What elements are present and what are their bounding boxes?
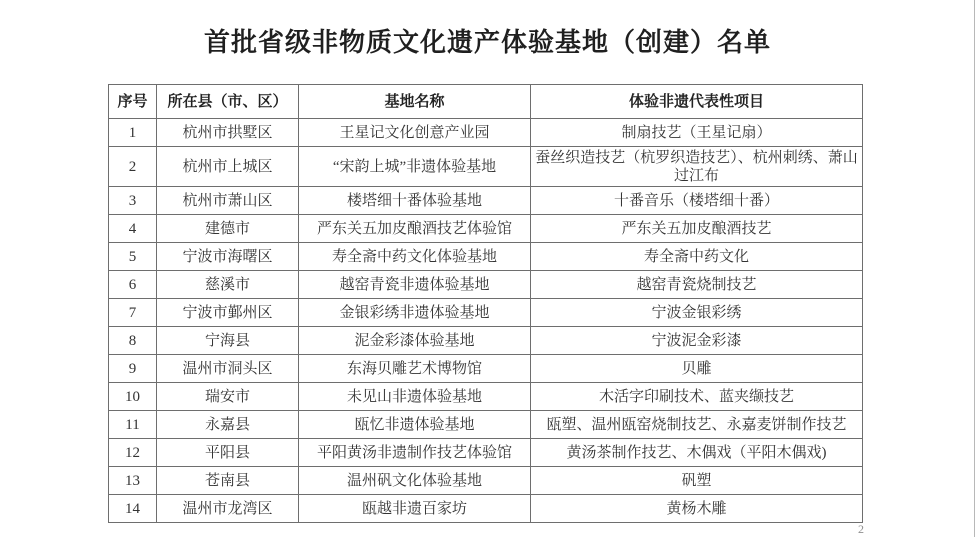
cell-projects: 越窑青瓷烧制技艺	[531, 271, 863, 299]
cell-county: 苍南县	[157, 467, 299, 495]
cell-no: 6	[109, 271, 157, 299]
table-row: 11 永嘉县 瓯忆非遗体验基地 瓯塑、温州瓯窑烧制技艺、永嘉麦饼制作技艺	[109, 411, 863, 439]
cell-county: 瑞安市	[157, 383, 299, 411]
table-row: 14 温州市龙湾区 瓯越非遗百家坊 黄杨木雕	[109, 495, 863, 523]
cell-projects: 严东关五加皮酿酒技艺	[531, 215, 863, 243]
cell-county: 杭州市上城区	[157, 147, 299, 187]
cell-county: 宁波市海曙区	[157, 243, 299, 271]
cell-projects: 黄杨木雕	[531, 495, 863, 523]
cell-county: 平阳县	[157, 439, 299, 467]
page-number: 2	[858, 522, 864, 537]
table-row: 4 建德市 严东关五加皮酿酒技艺体验馆 严东关五加皮酿酒技艺	[109, 215, 863, 243]
cell-county: 温州市龙湾区	[157, 495, 299, 523]
table-row: 10 瑞安市 未见山非遗体验基地 木活字印刷技术、蓝夹缬技艺	[109, 383, 863, 411]
cell-projects: 贝雕	[531, 355, 863, 383]
table-row: 13 苍南县 温州矾文化体验基地 矾塑	[109, 467, 863, 495]
cell-base: 未见山非遗体验基地	[299, 383, 531, 411]
cell-no: 13	[109, 467, 157, 495]
table-row: 1 杭州市拱墅区 王星记文化创意产业园 制扇技艺（王星记扇）	[109, 119, 863, 147]
document-page: 首批省级非物质文化遗产体验基地（创建）名单 序号 所在县（市、区） 基地名称 体…	[0, 0, 975, 537]
cell-base: 王星记文化创意产业园	[299, 119, 531, 147]
table-row: 2 杭州市上城区 “宋韵上城”非遗体验基地 蚕丝织造技艺（杭罗织造技艺）、杭州刺…	[109, 147, 863, 187]
table-row: 9 温州市洞头区 东海贝雕艺术博物馆 贝雕	[109, 355, 863, 383]
cell-projects: 黄汤茶制作技艺、木偶戏（平阳木偶戏)	[531, 439, 863, 467]
cell-no: 5	[109, 243, 157, 271]
cell-projects: 宁波金银彩绣	[531, 299, 863, 327]
table-row: 5 宁波市海曙区 寿全斋中药文化体验基地 寿全斋中药文化	[109, 243, 863, 271]
cell-no: 8	[109, 327, 157, 355]
cell-base: 寿全斋中药文化体验基地	[299, 243, 531, 271]
cell-county: 慈溪市	[157, 271, 299, 299]
cell-no: 10	[109, 383, 157, 411]
cell-no: 9	[109, 355, 157, 383]
cell-no: 12	[109, 439, 157, 467]
cell-projects: 木活字印刷技术、蓝夹缬技艺	[531, 383, 863, 411]
cell-base: 楼塔细十番体验基地	[299, 187, 531, 215]
cell-base: 金银彩绣非遗体验基地	[299, 299, 531, 327]
cell-county: 温州市洞头区	[157, 355, 299, 383]
cell-no: 7	[109, 299, 157, 327]
header-no: 序号	[109, 85, 157, 119]
heritage-base-table: 序号 所在县（市、区） 基地名称 体验非遗代表性项目 1 杭州市拱墅区 王星记文…	[108, 84, 863, 523]
cell-county: 永嘉县	[157, 411, 299, 439]
cell-county: 建德市	[157, 215, 299, 243]
header-base: 基地名称	[299, 85, 531, 119]
cell-no: 11	[109, 411, 157, 439]
cell-county: 杭州市萧山区	[157, 187, 299, 215]
cell-base: 平阳黄汤非遗制作技艺体验馆	[299, 439, 531, 467]
page-title: 首批省级非物质文化遗产体验基地（创建）名单	[0, 22, 975, 59]
cell-no: 4	[109, 215, 157, 243]
cell-projects: 制扇技艺（王星记扇）	[531, 119, 863, 147]
header-projects: 体验非遗代表性项目	[531, 85, 863, 119]
cell-no: 14	[109, 495, 157, 523]
table-row: 12 平阳县 平阳黄汤非遗制作技艺体验馆 黄汤茶制作技艺、木偶戏（平阳木偶戏)	[109, 439, 863, 467]
table-row: 8 宁海县 泥金彩漆体验基地 宁波泥金彩漆	[109, 327, 863, 355]
table-row: 3 杭州市萧山区 楼塔细十番体验基地 十番音乐（楼塔细十番）	[109, 187, 863, 215]
cell-projects: 十番音乐（楼塔细十番）	[531, 187, 863, 215]
cell-no: 3	[109, 187, 157, 215]
cell-projects: 宁波泥金彩漆	[531, 327, 863, 355]
cell-projects: 蚕丝织造技艺（杭罗织造技艺）、杭州刺绣、萧山过江布	[531, 147, 863, 187]
cell-base: 瓯越非遗百家坊	[299, 495, 531, 523]
cell-base: 温州矾文化体验基地	[299, 467, 531, 495]
cell-county: 杭州市拱墅区	[157, 119, 299, 147]
cell-base: 严东关五加皮酿酒技艺体验馆	[299, 215, 531, 243]
cell-base: 瓯忆非遗体验基地	[299, 411, 531, 439]
cell-projects: 矾塑	[531, 467, 863, 495]
header-county: 所在县（市、区）	[157, 85, 299, 119]
table-header-row: 序号 所在县（市、区） 基地名称 体验非遗代表性项目	[109, 85, 863, 119]
cell-no: 1	[109, 119, 157, 147]
cell-county: 宁海县	[157, 327, 299, 355]
cell-projects: 寿全斋中药文化	[531, 243, 863, 271]
table-row: 6 慈溪市 越窑青瓷非遗体验基地 越窑青瓷烧制技艺	[109, 271, 863, 299]
cell-base: “宋韵上城”非遗体验基地	[299, 147, 531, 187]
cell-base: 泥金彩漆体验基地	[299, 327, 531, 355]
cell-no: 2	[109, 147, 157, 187]
cell-projects: 瓯塑、温州瓯窑烧制技艺、永嘉麦饼制作技艺	[531, 411, 863, 439]
cell-base: 东海贝雕艺术博物馆	[299, 355, 531, 383]
cell-county: 宁波市鄞州区	[157, 299, 299, 327]
table-row: 7 宁波市鄞州区 金银彩绣非遗体验基地 宁波金银彩绣	[109, 299, 863, 327]
cell-base: 越窑青瓷非遗体验基地	[299, 271, 531, 299]
